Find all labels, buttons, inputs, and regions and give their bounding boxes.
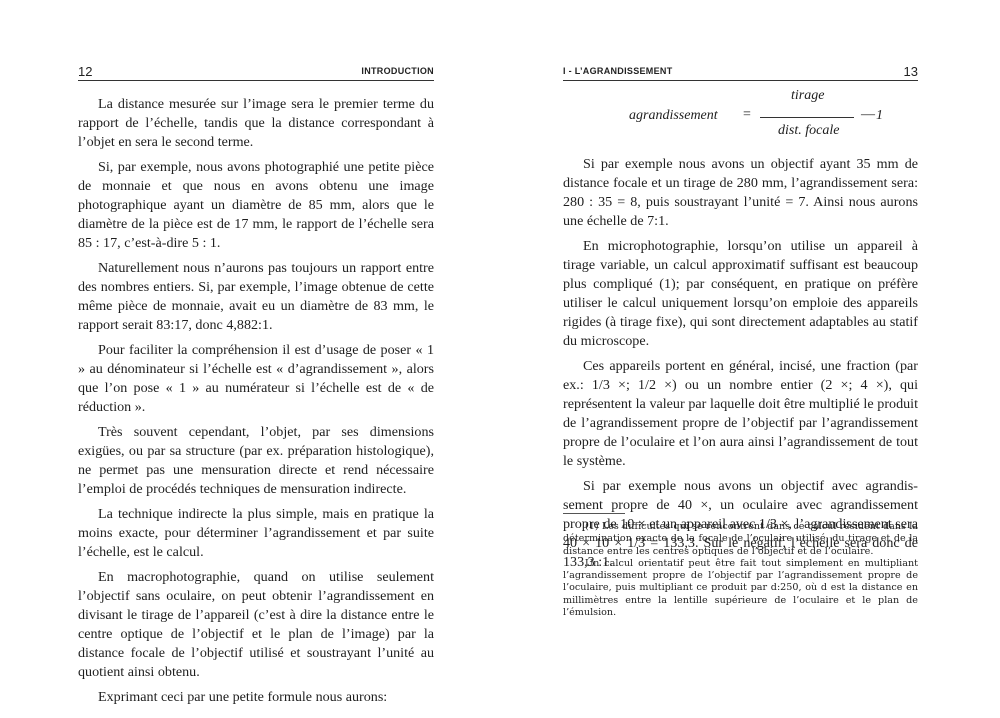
body-text: La distance mesurée sur l’image sera le … bbox=[78, 95, 434, 713]
formula-equals: = bbox=[743, 107, 751, 123]
paragraph: Pour faciliter la compréhension il est d… bbox=[78, 341, 434, 417]
chapter-title: INTRODUCTION bbox=[361, 66, 434, 76]
paragraph: En microphotographie, lorsqu’on utilise … bbox=[563, 237, 918, 351]
running-head: I - L’AGRANDISSEMENT 13 bbox=[563, 62, 918, 81]
footnote: (1) Les difficultés qui se rencontrent d… bbox=[563, 521, 918, 558]
footnote-divider bbox=[563, 513, 625, 514]
formula-lhs: agrandissement bbox=[629, 108, 718, 124]
paragraph: Si, par exemple, nous avons photographié… bbox=[78, 158, 434, 253]
body-text: Si par exemple nous avons un objectif ay… bbox=[563, 155, 918, 578]
formula-constant: 1 bbox=[876, 108, 883, 124]
formula-numerator: tirage bbox=[791, 88, 824, 104]
paragraph: En macrophotographie, quand on utilise s… bbox=[78, 568, 434, 682]
formula-denominator: dist. focale bbox=[778, 123, 839, 139]
fraction-bar bbox=[760, 117, 854, 118]
footnotes: (1) Les difficultés qui se rencontrent d… bbox=[563, 521, 918, 619]
paragraph: Si par exemple nous avons un objectif ay… bbox=[563, 155, 918, 231]
footnote: Un calcul orientatif peut être fait tout… bbox=[563, 558, 918, 619]
paragraph: La technique indirecte la plus simple, m… bbox=[78, 505, 434, 562]
paragraph: Exprimant ceci par une petite formule no… bbox=[78, 688, 434, 707]
paragraph: Ces appareils portent en général, incisé… bbox=[563, 357, 918, 471]
magnification-formula: agrandissement = tirage dist. focale — 1 bbox=[623, 88, 893, 144]
running-head: 12 INTRODUCTION bbox=[78, 62, 434, 81]
chapter-title: I - L’AGRANDISSEMENT bbox=[563, 66, 673, 76]
page-number: 13 bbox=[904, 64, 918, 79]
paragraph: La distance mesurée sur l’image sera le … bbox=[78, 95, 434, 152]
formula-minus: — bbox=[861, 107, 875, 123]
paragraph: Très souvent cependant, l’objet, par ses… bbox=[78, 423, 434, 499]
page-number: 12 bbox=[78, 64, 92, 79]
paragraph: Naturellement nous n’aurons pas toujours… bbox=[78, 259, 434, 335]
